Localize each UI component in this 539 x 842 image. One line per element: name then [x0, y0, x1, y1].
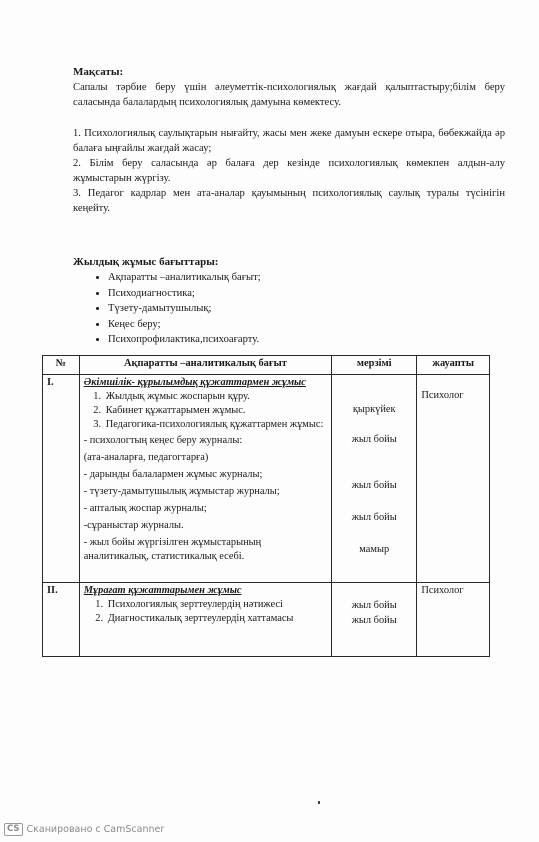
- term: жыл бойы: [332, 511, 416, 525]
- term: мамыр: [332, 543, 416, 557]
- table-row: II. Мұрағат құжаттарымен жұмыс Психологи…: [43, 583, 490, 657]
- list-item: Жылдық жұмыс жоспарын құру.: [104, 390, 327, 404]
- header-term: мерзімі: [332, 356, 417, 375]
- header-responsible: жауапты: [417, 356, 490, 375]
- scan-speck: [318, 801, 320, 804]
- row-terms: қыркүйек жыл бойы жыл бойы жыл бойы мамы…: [332, 375, 417, 583]
- header-direction: Ақпаратты –аналитикалық бағыт: [79, 356, 331, 375]
- goal-text: Сапалы тәрбие беру үшін әлеуметтік-психо…: [73, 80, 505, 110]
- row-number: I.: [43, 375, 80, 583]
- journal-line: (ата-аналарға, педагогтарға): [84, 451, 327, 465]
- journal-line: - жыл бойы жүргізілген жұмыстарының анал…: [84, 536, 327, 564]
- row-responsible: Психолог: [417, 583, 490, 657]
- row-content: Әкімшілік- құрылымдық құжаттармен жұмыс …: [79, 375, 331, 583]
- row-terms: жыл бойы жыл бойы: [332, 583, 417, 657]
- term: жыл бойы: [332, 433, 416, 447]
- table-header-row: № Ақпаратты –аналитикалық бағыт мерзімі …: [43, 356, 490, 375]
- task-item: 3. Педагог кадрлар мен ата-аналар қауымы…: [73, 186, 505, 216]
- work-plan-table: № Ақпаратты –аналитикалық бағыт мерзімі …: [42, 355, 490, 657]
- numbered-list: Психологиялық зерттеулердің нәтижесі Диа…: [84, 598, 327, 626]
- journal-line: - түзету-дамытушылық жұмыстар журналы;: [84, 485, 327, 499]
- list-item: Диагностикалық зерттеулердің хаттамасы: [106, 612, 327, 626]
- list-item: Психологиялық зерттеулердің нәтижесі: [106, 598, 327, 612]
- task-item: 1. Психологиялық саулықтарын нығайту, жа…: [73, 126, 505, 156]
- list-item: Педагогика-психологиялық құжаттармен жұм…: [104, 418, 327, 432]
- direction-item: Психопрофилактика,психоағарту.: [108, 332, 261, 348]
- journal-line: -сұраныстар журналы.: [84, 519, 327, 533]
- row-number: II.: [43, 583, 80, 657]
- watermark-text: Сканировано с CamScanner: [27, 824, 165, 835]
- direction-item: Ақпаратты –аналитикалық бағыт;: [108, 270, 261, 286]
- term: жыл бойы: [332, 614, 416, 628]
- camscanner-logo-icon: CS: [4, 823, 23, 836]
- section-title: Әкімшілік- құрылымдық құжаттармен жұмыс: [84, 376, 327, 390]
- camscanner-watermark: CS Сканировано с CamScanner: [4, 823, 164, 836]
- journal-line: - апталық жоспар журналы;: [84, 502, 327, 516]
- row-responsible: Психолог: [417, 375, 490, 583]
- task-item: 2. Білім беру саласында әр балаға дер ке…: [73, 156, 505, 186]
- numbered-list: Жылдық жұмыс жоспарын құру. Кабинет құжа…: [84, 390, 327, 432]
- list-item: Кабинет құжаттарымен жұмыс.: [104, 404, 327, 418]
- term: қыркүйек: [332, 403, 416, 417]
- journal-line: - дарынды балалармен жұмыс журналы;: [84, 468, 327, 482]
- goal-heading: Мақсаты:: [73, 66, 123, 78]
- term: жыл бойы: [332, 599, 416, 613]
- journal-line: - психологтың кеңес беру журналы:: [84, 434, 327, 448]
- direction-item: Психодиагностика;: [108, 286, 261, 302]
- directions-list: Ақпаратты –аналитикалық бағыт; Психодиаг…: [88, 270, 261, 348]
- directions-heading: Жылдық жұмыс бағыттары:: [73, 256, 218, 268]
- term: жыл бойы: [332, 479, 416, 493]
- tasks-list: 1. Психологиялық саулықтарын нығайту, жа…: [73, 126, 505, 216]
- row-content: Мұрағат құжаттарымен жұмыс Психологиялық…: [79, 583, 331, 657]
- direction-item: Кеңес беру;: [108, 317, 261, 333]
- table-row: I. Әкімшілік- құрылымдық құжаттармен жұм…: [43, 375, 490, 583]
- section-title: Мұрағат құжаттарымен жұмыс: [84, 584, 327, 598]
- direction-item: Түзету-дамытушылық;: [108, 301, 261, 317]
- header-number: №: [43, 356, 80, 375]
